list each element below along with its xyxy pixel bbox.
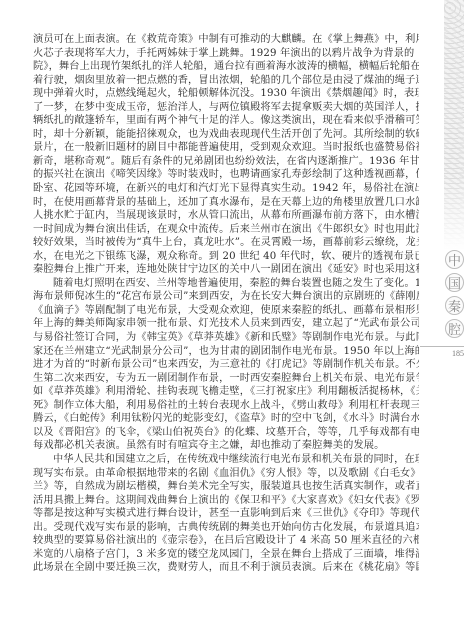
text-line: 进才为首的“时新布景公司”也来西安，为三意社的《打虎记》等剧制作机关布景。不久倪… <box>33 358 419 372</box>
text-line: 水，在电光之下银练飞瀑，观众称奇。到 20 世纪 40 年代时，软、硬片的透视布… <box>33 250 419 264</box>
text-line: 时，却十分新颖，能能招徕观众，也为戏曲表现现代生活开创了先河。其所绘制的软硬透视… <box>33 128 419 142</box>
text-line: 现中弹着火时，点燃线绳起火，轮船顿解体沉没。1930 年演出《禁烟趣闻》时，表现… <box>33 87 419 101</box>
text-line: 院》，舞台上出现竹架纸扎的洋人轮船，通台拉有画着海水波涛的横幅，横幅后轮船在颠簸… <box>33 60 419 74</box>
text-line: 秦腔舞台上推广开来，连地处陕甘宁边区的关中八一剧团在演出《延安》时也采用这种绘画… <box>33 263 419 277</box>
text-line: 时，在使用画幕背景的基础上，还加了真水瀑布，是在天幕上边的角楼里放置几口水缸，每… <box>33 196 419 210</box>
text-line: 家还在兰州建立“光武制景分公司”，也为甘肃的剧团制作电光布景。1950 年以上海… <box>33 345 419 359</box>
text-line: 着行驶，烟囱里放着一把点燃的香，冒出浓烟，轮船的几个部位是由浸了煤油的绳子连着，… <box>33 74 419 88</box>
book-page: 演员可在上面表演。在《救荒奇策》中制有可推动的大麒麟。在《掌上舞燕》中，利用民间… <box>0 0 464 635</box>
text-line: 等都是按这种写实模式进行舞台设计，甚至一直影响到后来《三世仇》《夺印》等现代戏的… <box>33 507 419 521</box>
text-line: 中华人民共和国建立之后，在传统戏中继续流行电光布景和机关布景的同时，在现代戏中出 <box>33 453 419 467</box>
text-line: 火芯子表现将军大力，手托两姊妹于掌上跳舞。1929 年演出的以鸦片战争为背景的《… <box>33 47 419 61</box>
text-line: 较好效果，当时被传为“真牛上台，真龙吐水”。在灵霄殿一场，画幕前彩云缭绕，龙头口… <box>33 236 419 250</box>
text-line: 如《草莽英雄》利用滑轮、挂钩表现飞檐走壁，《三打祝家庄》利用翻板活捉杨林，《关羽… <box>33 385 419 399</box>
text-line: 人挑水贮于缸内，当展现该景时，水从管口流出，从幕布所画瀑布前方落下，由水槽流出后… <box>33 209 419 223</box>
page-number: 185 <box>452 349 464 358</box>
text-line: 景片，在一般新旧题材的剧目中都能普遍使用，受到观众欢迎。当时报纸也盛赞易俗社“布… <box>33 141 419 155</box>
text-line: 一时间成为舞台演出佳话，在观众中流传。后来兰州市在演出《牛郎织女》时也用此法，收… <box>33 223 419 237</box>
body-text: 演员可在上面表演。在《救荒奇策》中制有可推动的大麒麟。在《掌上舞燕》中，利用民间… <box>33 33 419 575</box>
text-line: 《血滴子》等剧配制了电光布景，大受观众欢迎，使原来秦腔的纸扎、画幕布景相形见绌。… <box>33 304 419 318</box>
text-line: 海布景师倪冰生的“花宫布景公司”来到西安，为在长安大舞台演出的京剧班的《薛刚反唐… <box>33 290 419 304</box>
title-char: 腔 <box>445 319 464 338</box>
title-char: 国 <box>445 273 464 292</box>
text-line: 以及《晋阳宫》的飞伞，《梁山伯祝英台》的化蝶、坟墓开合，等等，几乎每戏都有电光布… <box>33 426 419 440</box>
text-line: 卧室、花园等环境，在新兴的电灯和汽灯光下显得真实生动。1942 年，易俗社在演出… <box>33 182 419 196</box>
text-line: 随着电灯照明在西安、兰州等地普遍使用，秦腔的舞台装置也随之发生了变化。1945 … <box>33 277 419 291</box>
text-line: 活用具搬上舞台。这期间戏曲舞台上演出的《保卫和平》《大家喜欢》《妇女代表》《罗汉… <box>33 494 419 508</box>
text-line: 米宽的八扇格子宫门，3 米多宽的镂空龙凤园门，全景在舞台上搭成了三面墙，堆得满满… <box>33 548 419 562</box>
text-line: 演员可在上面表演。在《救荒奇策》中制有可推动的大麒麟。在《掌上舞燕》中，利用民间… <box>33 33 419 47</box>
text-line: 此场景在全剧中要迁换三次，费财劳人，而且不利于演员表演。后来在《桃花扇》等剧中接… <box>33 561 419 575</box>
text-line: 了一梦，在梦中变成玉帝，惩治洋人，与两位镇殿将军去捉拿贩卖大烟的英国洋人，捉到的… <box>33 101 419 115</box>
text-line: 较典型的要算易俗社演出的《壶宗卷》，在吕后宫殿设计了 4 米高 50 厘米直径的… <box>33 534 419 548</box>
text-line: 与易俗社签订合同，为《韩宝英》《草莽英雄》《新和氏璧》等剧制作电光布景。与此同时… <box>33 331 419 345</box>
text-line: 现写实布景。由革命根据地带来的名剧《血泪仇》《穷人恨》等，以及歌剧《白毛女》《刘… <box>33 467 419 481</box>
text-line: 新奇，堪称奇观”。随后有条件的兄弟剧团也纷纷效法，在省内逐渐推广。1936 年甘… <box>33 155 419 169</box>
text-line: 年上海的舞美师陶家串领一批布景、灯光技术人员来到西安，建立起了“光武布景公司”，… <box>33 317 419 331</box>
text-line: 的振兴社在演出《啼笑因缘》等时装戏时，也聘请画家孔寿彭绘制了这种透视画幕，使客厅… <box>33 168 419 182</box>
page-number-rule <box>420 346 464 347</box>
title-char: 秦 <box>445 296 464 315</box>
title-char: 中 <box>445 250 464 269</box>
text-line: 死》制作立体大船，利用易俗社的土转台表现水上战斗，《劈山救母》利用杠杆表现三圣母… <box>33 399 419 413</box>
text-line: 出。受现代戏写实布景的影响，古典传统剧的舞美也开始向仿古化发展，布景道具追求逼真… <box>33 521 419 535</box>
text-line: 兰》等，自然成为剧坛楷模，舞台美术完全写实，服装道具也按生活真实制作，或者直接把… <box>33 480 419 494</box>
text-line: 生第二次来西安，专为五一剧团制作布景，一时西安秦腔舞台上机关布景、电光布景争强斗… <box>33 372 419 386</box>
decorative-texture-strip <box>444 0 464 250</box>
text-line: 每戏都必机关表演。虽然有时有喧宾夺主之嫌，却也推动了秦腔舞美的发展。 <box>33 439 419 453</box>
text-line: 腾云，《白蛇传》利用钛粉闪光的蛇影变幻，《盗草》时的空中飞剑，《水斗》时满台水浪… <box>33 412 419 426</box>
vertical-book-title: 中 国 秦 腔 <box>445 250 464 342</box>
text-line: 辆纸扎的敞篷轿车，里面有两个神气十足的洋人。像这类演出，现在看来似乎滑稽可笑，但… <box>33 114 419 128</box>
